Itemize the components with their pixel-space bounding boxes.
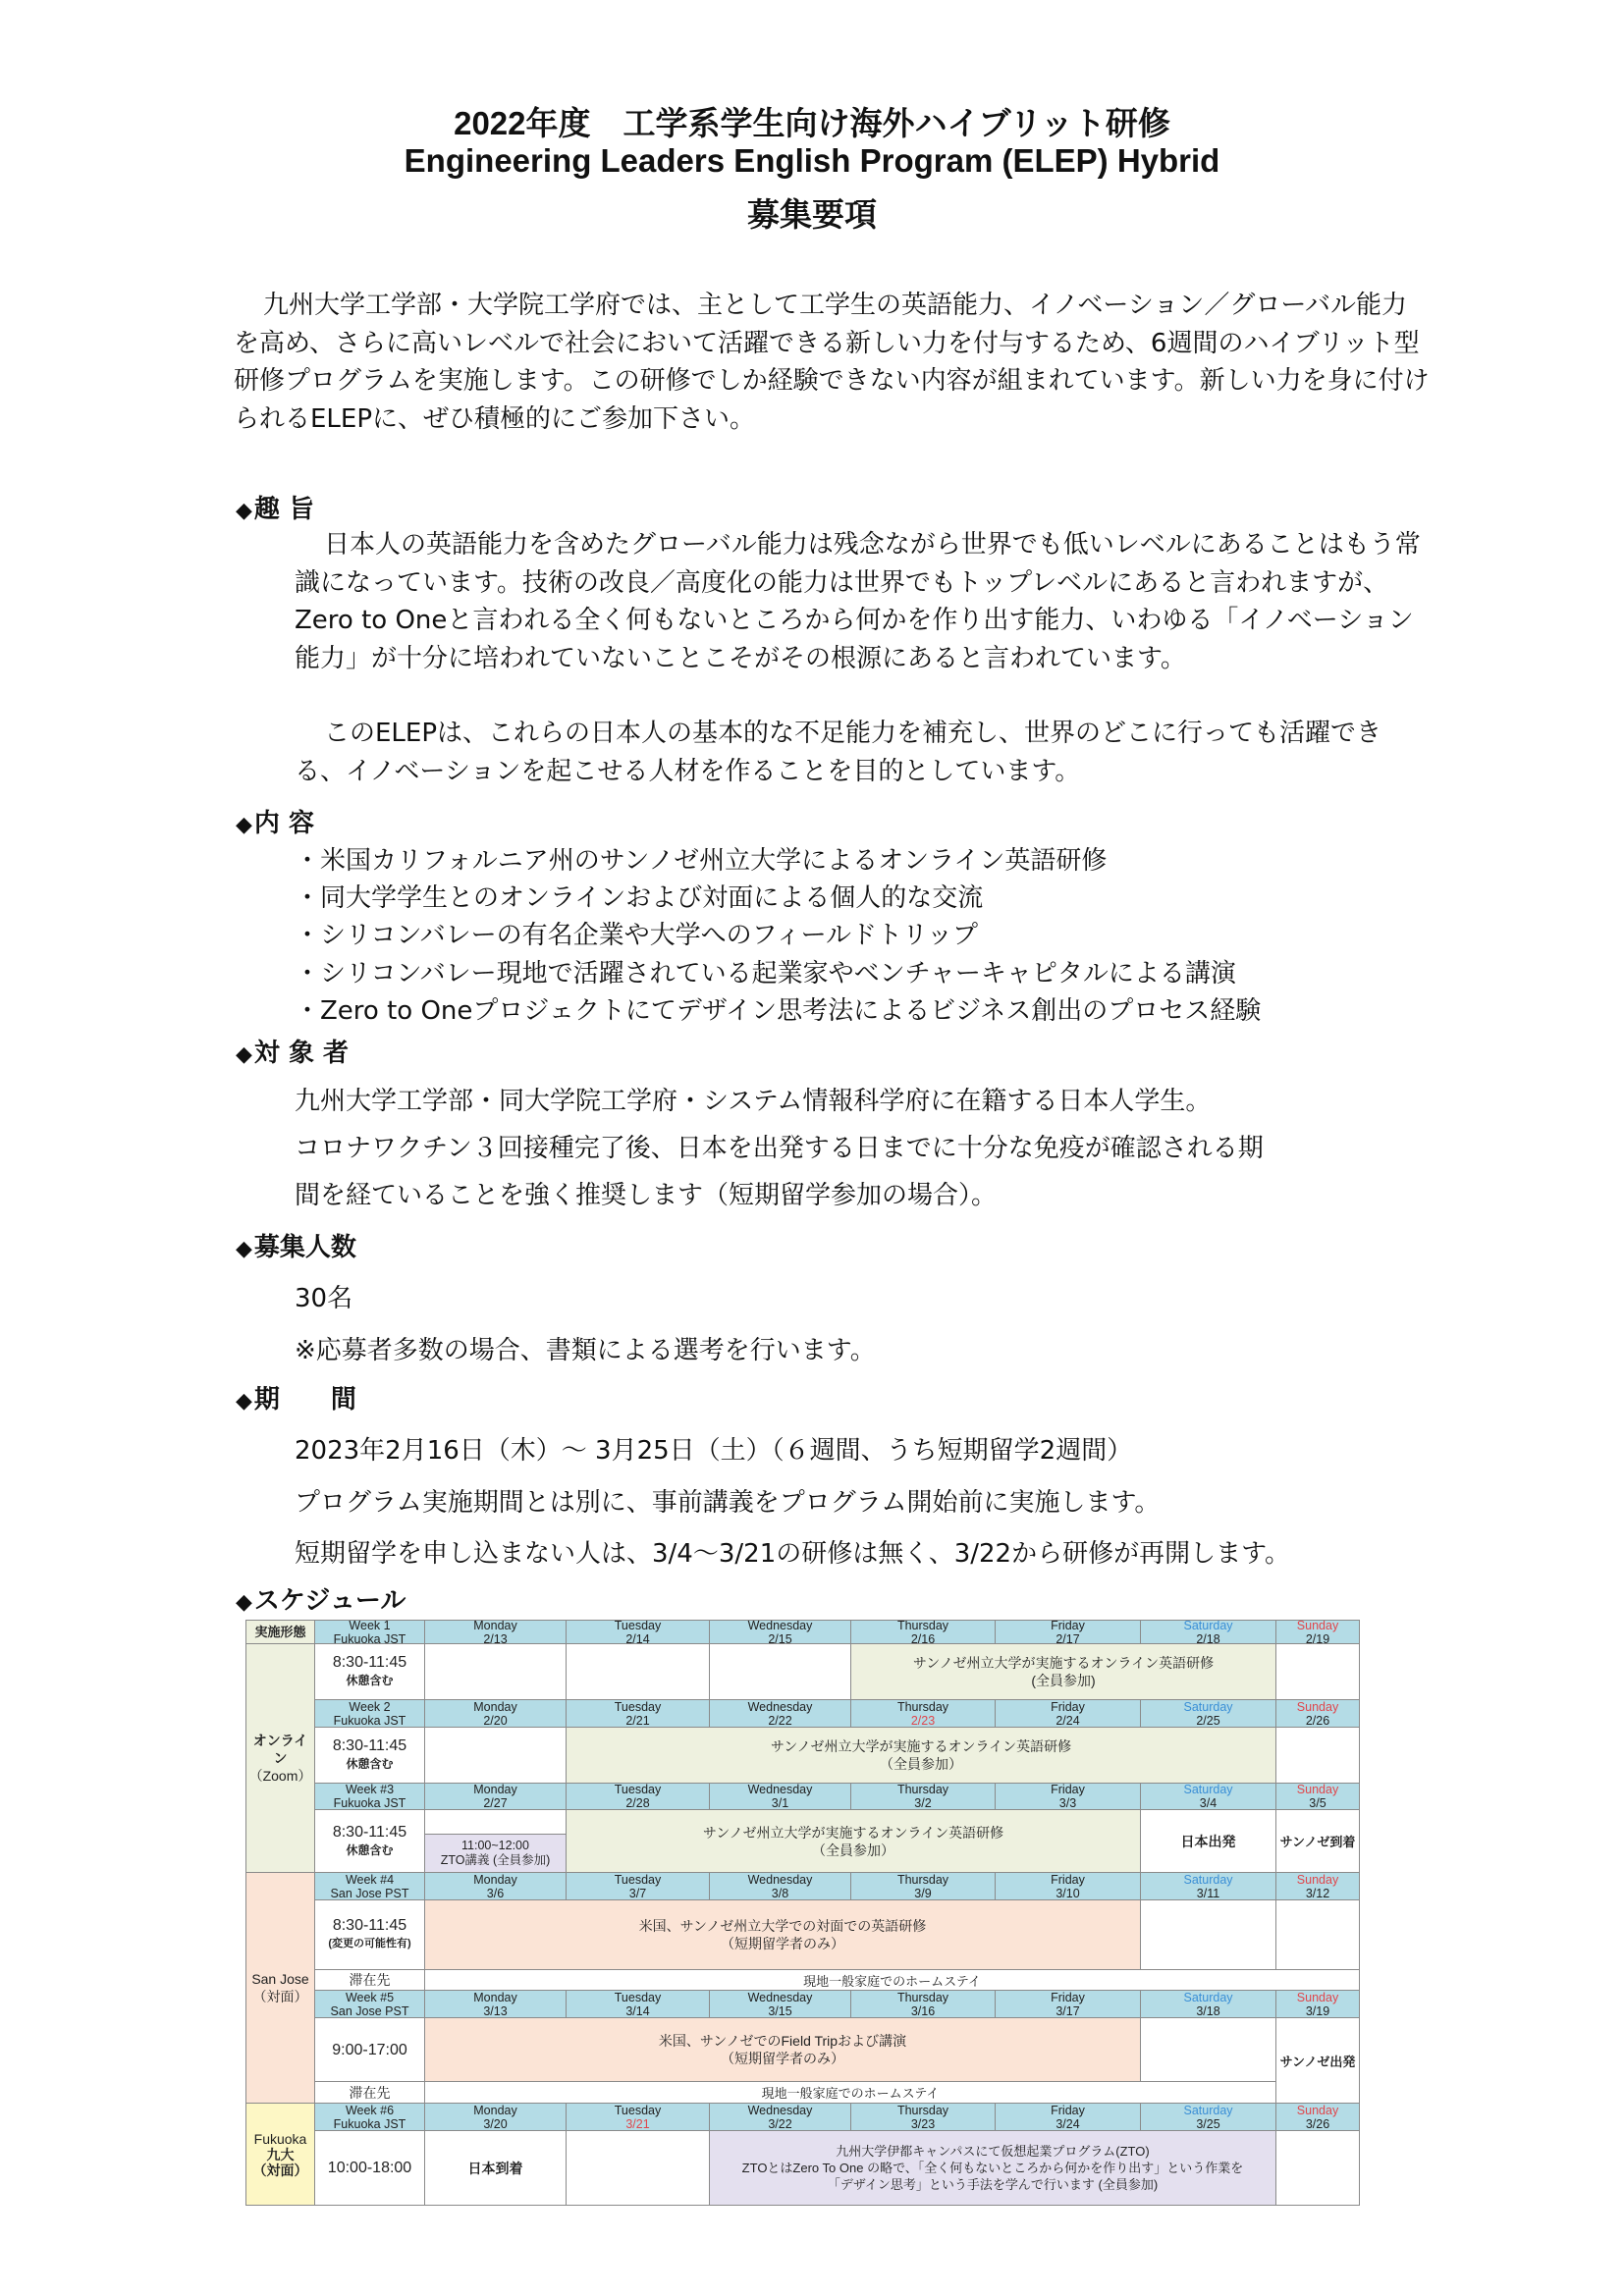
- day-header-sat: Saturday2/25: [1140, 1699, 1276, 1728]
- day-header-fri: Friday3/17: [995, 1990, 1141, 2018]
- time-slot: 8:30-11:45休憩含む: [314, 1643, 425, 1700]
- day-header-sat: Saturday2/18: [1140, 1620, 1276, 1644]
- week-header: Week #6Fukuoka JST: [314, 2103, 425, 2131]
- day-header-thu: Thursday2/16: [850, 1620, 996, 1644]
- day-header-fri: Friday3/3: [995, 1783, 1141, 1810]
- day-header-sat: Saturday3/25: [1140, 2103, 1276, 2131]
- day-header-tue: Tuesday3/14: [566, 1990, 710, 2018]
- day-header-sat: Saturday3/11: [1140, 1872, 1276, 1900]
- section-heading-capacity: ◆募集人数: [236, 1227, 356, 1263]
- homestay-cell: 現地一般家庭でのホームステイ: [424, 2081, 1276, 2104]
- time-slot: 8:30-11:45(変更の可能性有): [314, 1899, 425, 1970]
- empty-cell: [566, 1643, 710, 1700]
- day-header-sat: Saturday3/18: [1140, 1990, 1276, 2018]
- activity-online-english: サンノゼ州立大学が実施するオンライン英語研修（全員参加）: [566, 1727, 1276, 1784]
- day-header-mon: Monday2/27: [424, 1783, 567, 1810]
- period-line-3: 短期留学を申し込まない人は、3/4～3/21の研修は無く、3/22から研修が再開…: [295, 1533, 1290, 1570]
- day-header-fri: Friday3/10: [995, 1872, 1141, 1900]
- corner-header: 実施形態: [245, 1620, 315, 1644]
- empty-cell: [709, 1643, 851, 1700]
- day-header-wed: Wednesday3/8: [709, 1872, 851, 1900]
- week-header: Week 2Fukuoka JST: [314, 1699, 425, 1728]
- empty-cell: [424, 1643, 567, 1700]
- day-header-mon: Monday3/20: [424, 2103, 567, 2131]
- section-heading-eligibility: ◆対 象 者: [236, 1033, 349, 1069]
- period-line-2: プログラム実施期間とは別に、事前講義をプログラム開始前に実施します。: [295, 1482, 1160, 1519]
- eligibility-line-1: 九州大学工学部・同大学院工学府・システム情報科学府に在籍する日本人学生。: [295, 1081, 1211, 1117]
- content-item: ・同大学学生とのオンラインおよび対面による個人的な交流: [295, 878, 983, 914]
- content-item: ・米国カリフォルニア州のサンノゼ州立大学によるオンライン英語研修: [295, 840, 1107, 877]
- time-slot: 8:30-11:45休憩含む: [314, 1809, 425, 1873]
- content-item: ・シリコンバレー現地で活躍されている起業家やベンチャーキャピタルによる講演: [295, 953, 1236, 989]
- diamond-bullet-icon: ◆: [236, 1389, 252, 1414]
- empty-cell: [566, 2130, 710, 2206]
- day-header-fri: Friday3/24: [995, 2103, 1141, 2131]
- day-header-thu: Thursday3/2: [850, 1783, 996, 1810]
- day-header-tue: Tuesday2/28: [566, 1783, 710, 1810]
- document-title-line2: Engineering Leaders English Program (ELE…: [0, 142, 1624, 180]
- week-header: Week #5San Jose PST: [314, 1990, 425, 2018]
- week-header: Week 1Fukuoka JST: [314, 1620, 425, 1644]
- intro-paragraph: 九州大学工学部・大学院工学府では、主として工学生の英語能力、イノベーション／グロ…: [234, 287, 1432, 438]
- week-header: Week #3Fukuoka JST: [314, 1783, 425, 1810]
- day-header-mon: Monday3/6: [424, 1872, 567, 1900]
- day-header-thu: Thursday3/23: [850, 2103, 996, 2131]
- day-header-mon: Monday3/13: [424, 1990, 567, 2018]
- document-title-line1: 2022年度 工学系学生向け海外ハイブリット研修: [0, 98, 1624, 144]
- empty-cell: [1275, 1727, 1360, 1784]
- activity-online-english: サンノゼ州立大学が実施するオンライン英語研修(全員参加): [850, 1643, 1276, 1700]
- zto-lecture-cell: 11:00~12:00ZTO講義 (全員参加): [424, 1834, 567, 1873]
- diamond-bullet-icon: ◆: [236, 1590, 252, 1615]
- day-header-thu: Thursday2/23: [850, 1699, 996, 1728]
- time-slot: 8:30-11:45休憩含む: [314, 1727, 425, 1784]
- day-header-thu: Thursday3/9: [850, 1872, 996, 1900]
- day-header-tue: Tuesday2/14: [566, 1620, 710, 1644]
- empty-cell: [1275, 1643, 1360, 1700]
- activity-sanjose-english: 米国、サンノゼ州立大学での対面での英語研修（短期留学者のみ）: [424, 1899, 1141, 1970]
- stay-label: 滞在先: [314, 2081, 425, 2104]
- event-depart-japan: 日本出発: [1140, 1809, 1276, 1873]
- day-header-sat: Saturday3/4: [1140, 1783, 1276, 1810]
- day-header-mon: Monday2/20: [424, 1699, 567, 1728]
- day-header-wed: Wednesday3/22: [709, 2103, 851, 2131]
- time-slot: 9:00-17:00: [314, 2017, 425, 2082]
- diamond-bullet-icon: ◆: [236, 1042, 252, 1067]
- document-title-line3: 募集要項: [0, 189, 1624, 236]
- empty-cell: [1140, 1899, 1276, 1970]
- day-header-thu: Thursday3/16: [850, 1990, 996, 2018]
- mode-online: オンライン（Zoom）: [245, 1643, 315, 1873]
- day-header-fri: Friday2/24: [995, 1699, 1141, 1728]
- mode-fukuoka: Fukuoka九大（対面）: [245, 2103, 315, 2206]
- day-header-sun: Sunday2/19: [1275, 1620, 1360, 1644]
- day-header-wed: Wednesday3/15: [709, 1990, 851, 2018]
- empty-cell: [1140, 2017, 1276, 2082]
- section-heading-period: ◆期 間: [236, 1379, 356, 1415]
- activity-zto-program: 九州大学伊都キャンパスにて仮想起業プログラム(ZTO)ZTOとはZero To …: [709, 2130, 1276, 2206]
- empty-cell: [1275, 2130, 1360, 2206]
- empty-cell: [424, 1727, 567, 1784]
- week-header: Week #4San Jose PST: [314, 1872, 425, 1900]
- day-header-wed: Wednesday2/15: [709, 1620, 851, 1644]
- eligibility-line-3: 間を経ていることを強く推奨します（短期留学参加の場合）。: [295, 1175, 997, 1211]
- purpose-paragraph-1: 日本人の英語能力を含めたグローバル能力は残念ながら世界でも低いレベルにあることは…: [295, 526, 1424, 677]
- activity-online-english: サンノゼ州立大学が実施するオンライン英語研修（全員参加）: [566, 1809, 1141, 1873]
- diamond-bullet-icon: ◆: [236, 1237, 252, 1261]
- event-arrive-sanjose: サンノゼ到着: [1275, 1809, 1360, 1873]
- day-header-tue: Tuesday3/7: [566, 1872, 710, 1900]
- section-heading-purpose: ◆趣 旨: [236, 489, 314, 525]
- section-heading-content: ◆内 容: [236, 803, 314, 839]
- mode-sanjose: San Jose（対面）: [245, 1872, 315, 2104]
- event-arrive-japan: 日本到着: [424, 2130, 567, 2206]
- homestay-cell: 現地一般家庭でのホームステイ: [424, 1969, 1360, 1991]
- day-header-tue: Tuesday3/21: [566, 2103, 710, 2131]
- day-header-sun: Sunday3/26: [1275, 2103, 1360, 2131]
- day-header-tue: Tuesday2/21: [566, 1699, 710, 1728]
- event-depart-sanjose: サンノゼ出発: [1275, 2017, 1360, 2104]
- purpose-paragraph-2: このELEPは、これらの日本人の基本的な不足能力を補充し、世界のどこに行っても活…: [295, 715, 1424, 790]
- content-item: ・Zero to Oneプロジェクトにてデザイン思考法によるビジネス創出のプロセ…: [295, 990, 1261, 1027]
- section-heading-schedule: ◆スケジュール: [236, 1580, 406, 1617]
- time-slot: 10:00-18:00: [314, 2130, 425, 2206]
- diamond-bullet-icon: ◆: [236, 813, 252, 837]
- period-line-1: 2023年2月16日（木）～ 3月25日（土）（６週間、うち短期留学2週間）: [295, 1430, 1132, 1467]
- day-header-fri: Friday2/17: [995, 1620, 1141, 1644]
- day-header-sun: Sunday3/5: [1275, 1783, 1360, 1810]
- empty-cell: [424, 1809, 567, 1835]
- day-header-sun: Sunday2/26: [1275, 1699, 1360, 1728]
- day-header-wed: Wednesday3/1: [709, 1783, 851, 1810]
- day-header-wed: Wednesday2/22: [709, 1699, 851, 1728]
- capacity-note: ※応募者多数の場合、書類による選考を行います。: [295, 1330, 876, 1366]
- diamond-bullet-icon: ◆: [236, 499, 252, 523]
- day-header-mon: Monday2/13: [424, 1620, 567, 1644]
- activity-fieldtrip: 米国、サンノゼでのField Tripおよび講演（短期留学者のみ）: [424, 2017, 1141, 2082]
- day-header-sun: Sunday3/19: [1275, 1990, 1360, 2018]
- empty-cell: [1275, 1899, 1360, 1970]
- content-item: ・シリコンバレーの有名企業や大学へのフィールドトリップ: [295, 915, 978, 951]
- stay-label: 滞在先: [314, 1969, 425, 1991]
- schedule-table: 実施形態 Week 1Fukuoka JST Monday2/13 Tuesda…: [245, 1620, 1360, 2206]
- capacity-count: 30名: [295, 1278, 352, 1314]
- day-header-sun: Sunday3/12: [1275, 1872, 1360, 1900]
- eligibility-line-2: コロナワクチン３回接種完了後、日本を出発する日までに十分な免疫が確認される期: [295, 1128, 1264, 1164]
